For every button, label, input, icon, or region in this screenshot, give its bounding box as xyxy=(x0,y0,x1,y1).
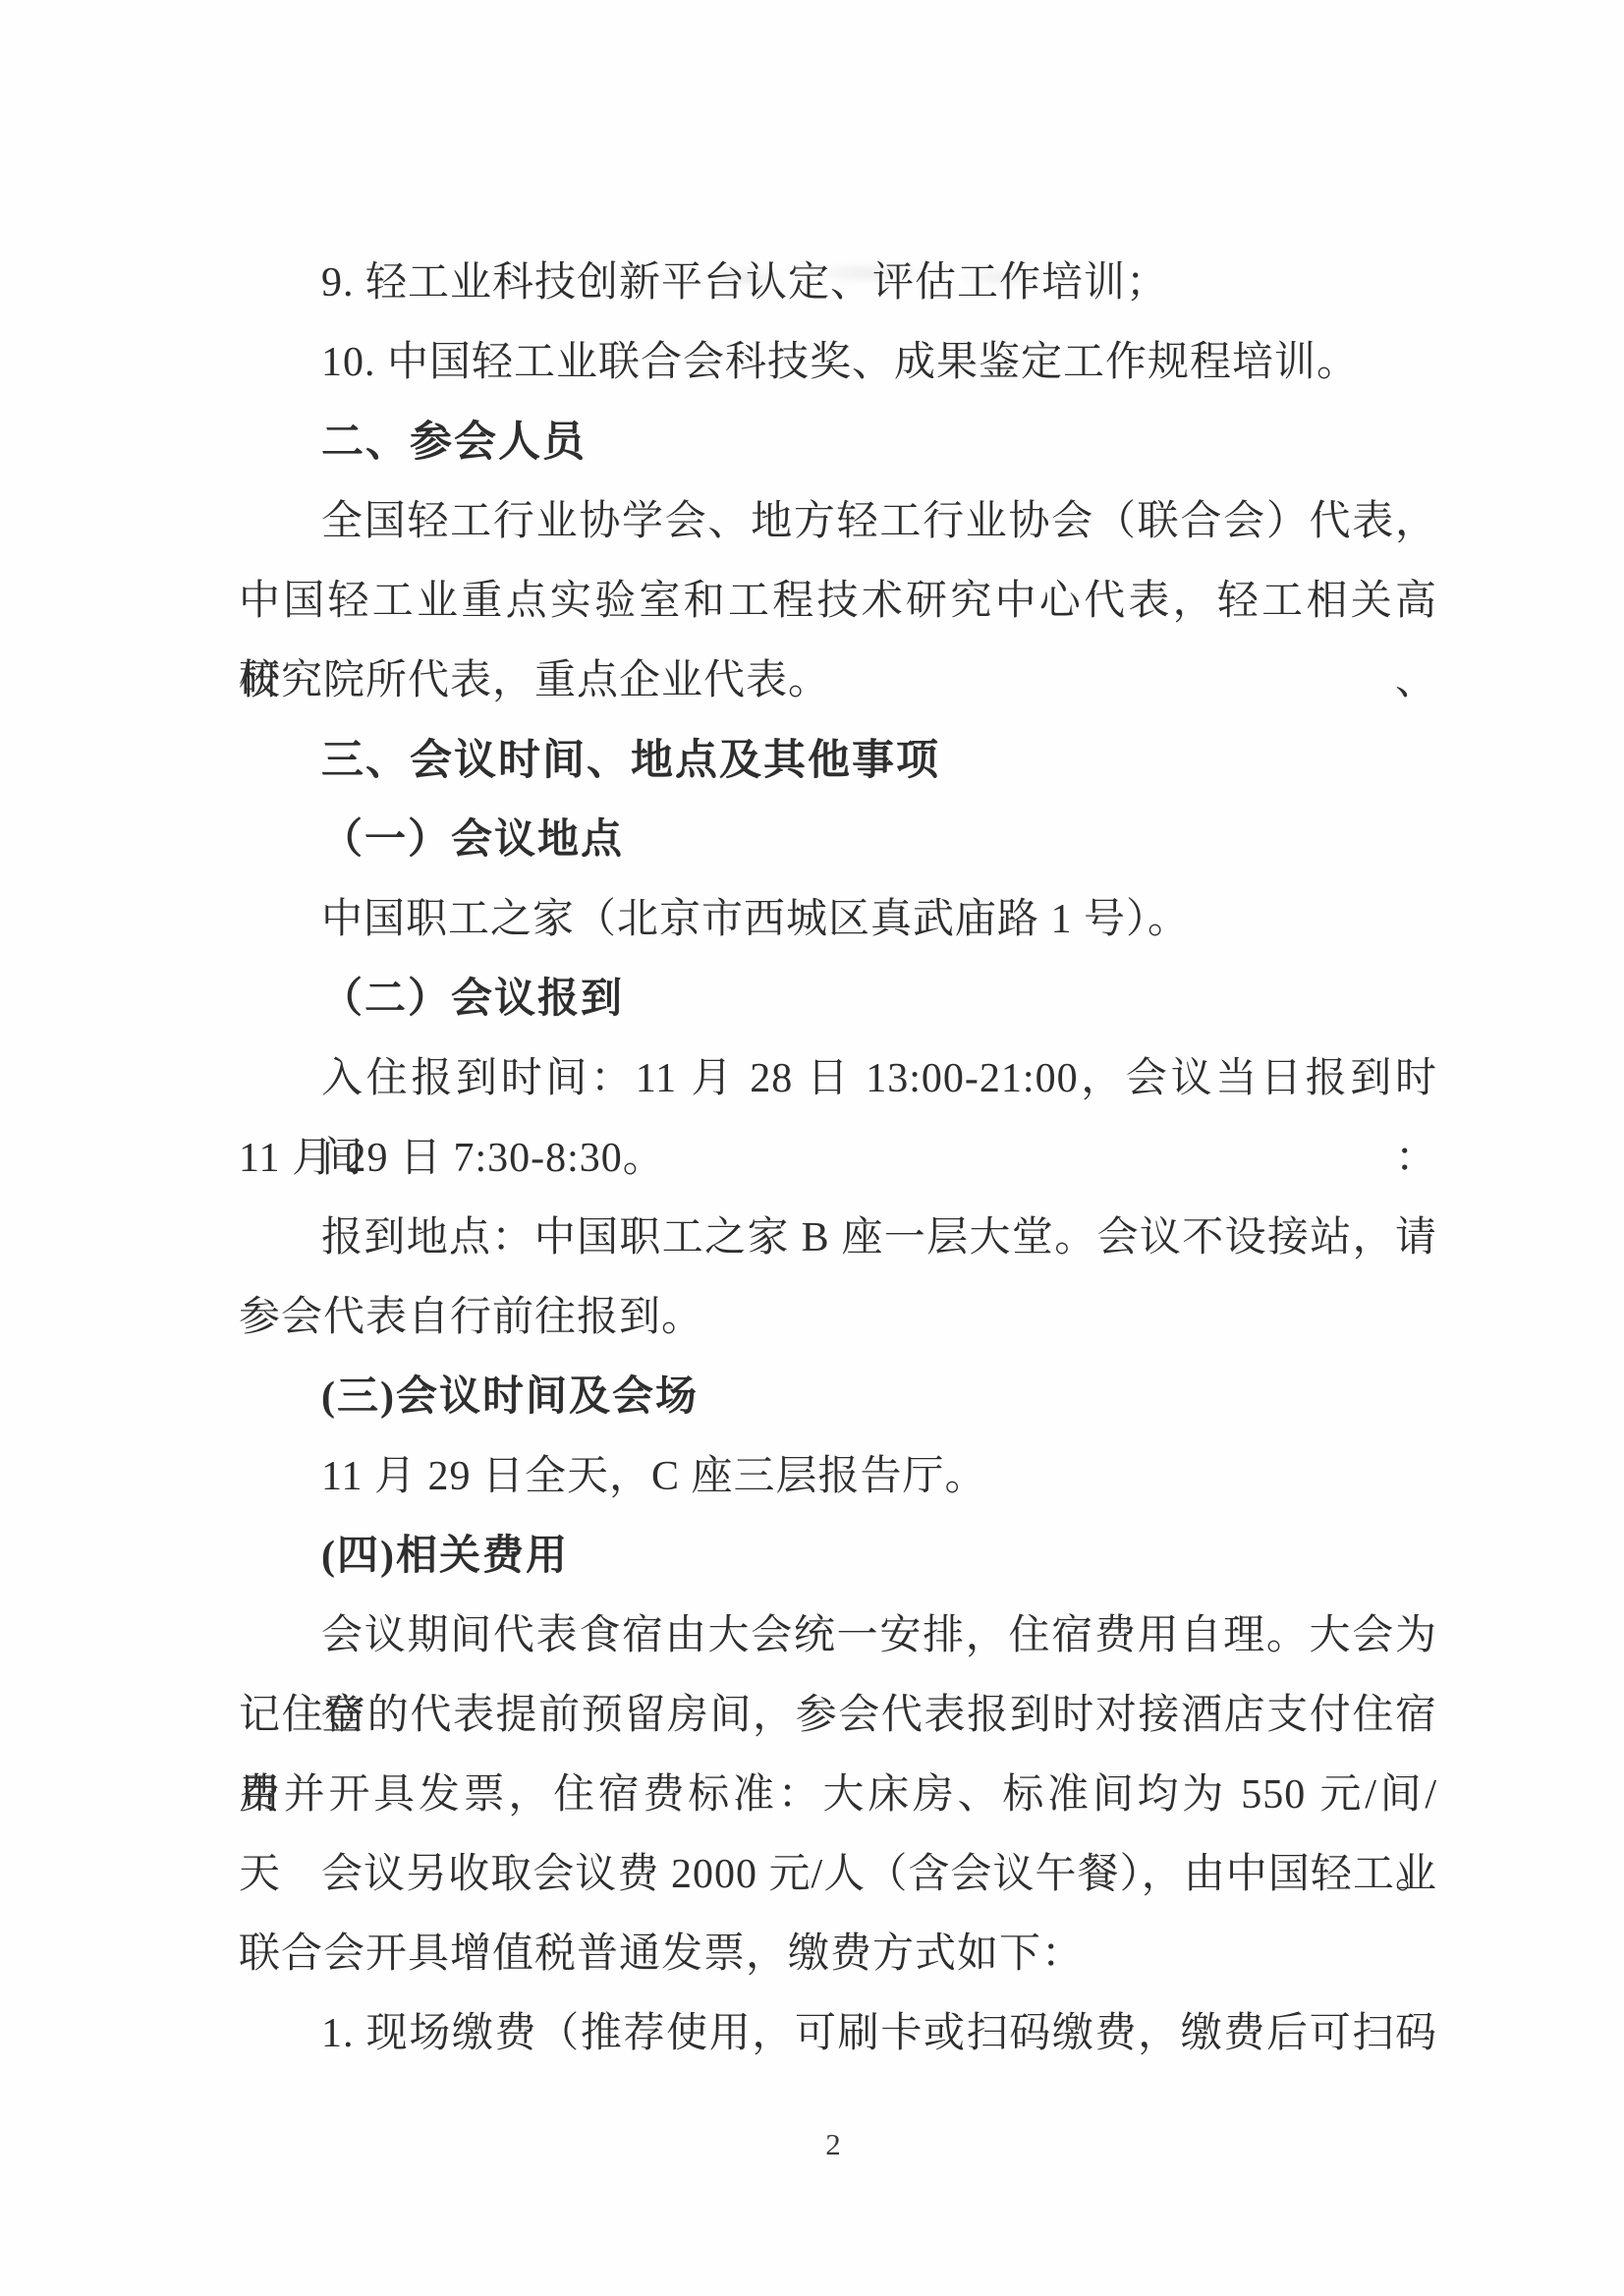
text-line: 三、会议时间、地点及其他事项 xyxy=(239,721,1437,801)
text-line: 用并开具发票，住宿费标准：大床房、标准间均为 550 元/间/天。 xyxy=(239,1756,1437,1835)
text-line: 联合会开具增值税普通发票，缴费方式如下： xyxy=(239,1915,1437,1994)
text-line: 报到地点：中国职工之家 B 座一层大堂。会议不设接站，请 xyxy=(239,1199,1437,1278)
text-line: 中国轻工业重点实验室和工程技术研究中心代表，轻工相关高校、 xyxy=(239,562,1437,642)
text-line: （一）会议地点 xyxy=(239,801,1437,880)
document-body: 9. 轻工业科技创新平台认定、评估工作培训；10. 中国轻工业联合会科技奖、成果… xyxy=(239,244,1437,2074)
text-line: 1. 现场缴费（推荐使用，可刷卡或扫码缴费，缴费后可扫码 xyxy=(239,1994,1437,2074)
text-line: 全国轻工行业协学会、地方轻工行业协会（联合会）代表， xyxy=(239,482,1437,562)
text-line: 入住报到时间：11 月 28 日 13:00-21:00，会议当日报到时间： xyxy=(239,1039,1437,1119)
text-line: 会议期间代表食宿由大会统一安排，住宿费用自理。大会为登 xyxy=(239,1596,1437,1676)
page-number: 2 xyxy=(813,2122,853,2167)
text-line: 会议另收取会议费 2000 元/人（含会议午餐），由中国轻工业 xyxy=(239,1835,1437,1915)
text-line: 二、参会人员 xyxy=(239,403,1437,482)
text-line: 10. 中国轻工业联合会科技奖、成果鉴定工作规程培训。 xyxy=(239,323,1437,403)
text-line: 11 月 29 日全天，C 座三层报告厅。 xyxy=(239,1437,1437,1517)
text-line: （二）会议报到 xyxy=(239,960,1437,1039)
document-page: 9. 轻工业科技创新平台认定、评估工作培训；10. 中国轻工业联合会科技奖、成果… xyxy=(0,0,1624,2296)
text-line: 记住宿的代表提前预留房间，参会代表报到时对接酒店支付住宿费 xyxy=(239,1676,1437,1756)
text-line: (三)会议时间及会场 xyxy=(239,1358,1437,1437)
text-line: 9. 轻工业科技创新平台认定、评估工作培训； xyxy=(239,244,1437,323)
text-line: 中国职工之家（北京市西城区真武庙路 1 号）。 xyxy=(239,880,1437,960)
text-line: 参会代表自行前往报到。 xyxy=(239,1278,1437,1358)
text-line: (四)相关费用 xyxy=(239,1517,1437,1596)
